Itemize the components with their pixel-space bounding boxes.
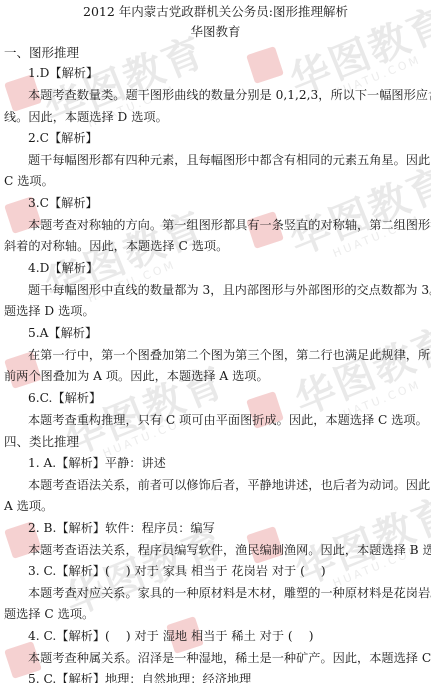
explanation-line: 题选择 D 选项。 <box>4 304 95 319</box>
explanation-line: 线。因此，本题选择 D 选项。 <box>4 110 168 125</box>
answer-label: 2. B.【解析】软件：程序员：编写 <box>28 521 215 536</box>
answer-label: 1.D【解析】 <box>28 66 98 81</box>
answer-label: 3.C【解析】 <box>28 196 98 211</box>
explanation-line: C 选项。 <box>4 174 54 189</box>
section-heading: 一、图形推理 <box>4 45 79 60</box>
explanation-line: 本题考查对应关系。家具的一种原材料是木材，雕塑的一种原材料是花岗岩。因此，本 <box>28 586 431 601</box>
explanation-line: 斜着的对称轴。因此，本题选择 C 选项。 <box>4 239 228 254</box>
explanation-line: 本题考查语法关系，前者可以修饰后者，平静地讲述，也后者为动词。因此，本题选择 <box>28 478 431 493</box>
explanation-line: 题干每幅图形都有四种元素，且每幅图形中都含有相同的元素五角星。因此，本题选择 <box>28 153 431 168</box>
answer-label: 5. C.【解析】地理：自然地理：经济地理 <box>28 672 251 683</box>
section-heading: 四、类比推理 <box>4 434 79 449</box>
answer-label: 2.C【解析】 <box>28 131 98 146</box>
answer-label: 3. C.【解析】( ) 对于 家具 相当于 花岗岩 对于 ( ) <box>28 564 326 579</box>
explanation-line: 本题考查对称轴的方向。第一组图形都具有一条竖直的对称轴，第二组图形都具有一条 <box>28 218 431 233</box>
answer-label: 4. C.【解析】( ) 对于 湿地 相当于 稀土 对于 ( ) <box>28 629 313 644</box>
explanation-line: 前两个图叠加为 A 项。因此，本题选择 A 选项。 <box>4 369 269 384</box>
answer-label: 6.C.【解析】 <box>28 391 101 406</box>
explanation-line: 题选择 C 选项。 <box>4 607 94 622</box>
answer-label: 1. A.【解析】平静：讲述 <box>28 456 166 471</box>
answer-label: 4.D【解析】 <box>28 261 98 276</box>
answer-label: 5.A【解析】 <box>28 326 97 341</box>
explanation-line: 本题考查语法关系，程序员编写软件，渔民编制渔网。因此，本题选择 B 选项。 <box>28 543 431 558</box>
explanation-line: 本题考查重构推理，只有 C 项可由平面图折成。因此，本题选择 C 选项。 <box>28 413 428 428</box>
document-title: 2012 年内蒙古党政群机关公务员:图形推理解析 <box>0 4 431 19</box>
publisher: 华图教育 <box>0 24 431 39</box>
explanation-line: 本题考查数量类。题干图形曲线的数量分别是 0,1,2,3，所以下一幅图形应含有 … <box>28 88 431 103</box>
explanation-line: 本题考查种属关系。沼泽是一种湿地，稀土是一种矿产。因此，本题选择 C 选项。 <box>28 651 431 666</box>
explanation-line: 题干每幅图形中直线的数量都为 3，且内部图形与外部图形的交点数都为 3。因此，本 <box>28 283 431 298</box>
explanation-line: A 选项。 <box>4 499 53 514</box>
explanation-line: 在第一行中，第一个图叠加第二个图为第三个图，第二行也满足此规律，所以第三行的 <box>28 348 431 363</box>
